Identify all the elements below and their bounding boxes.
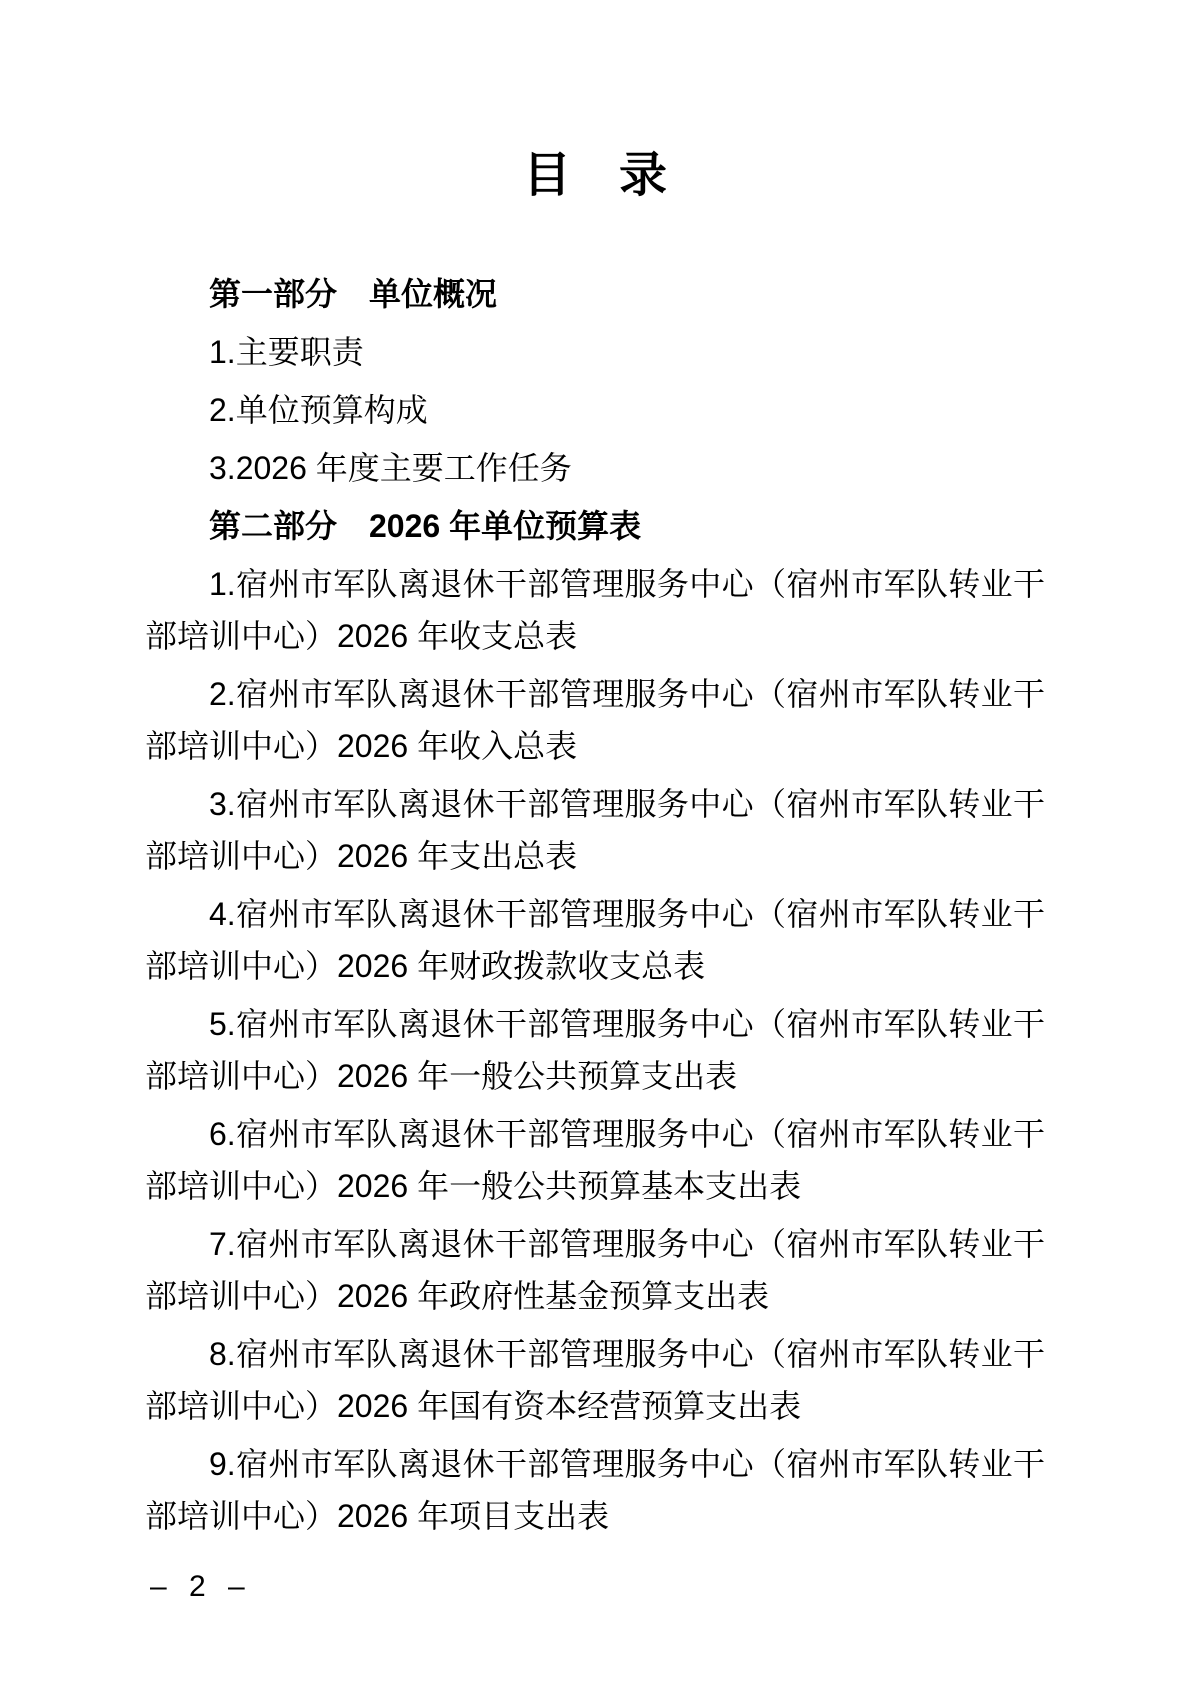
toc-content: 目 录 第一部分 单位概况 1.主要职责 2.单位预算构成 3.2026 年度主… [145,148,1045,1548]
section-part2: 第二部分 2026 年单位预算表 1.宿州市军队离退休干部管理服务中心（宿州市军… [145,500,1045,1542]
part2-heading: 第二部分 2026 年单位预算表 [145,500,1045,552]
toc-item: 8.宿州市军队离退休干部管理服务中心（宿州市军队转业干部培训中心）2026 年国… [145,1328,1045,1432]
toc-item: 9.宿州市军队离退休干部管理服务中心（宿州市军队转业干部培训中心）2026 年项… [145,1438,1045,1542]
toc-item: 2.宿州市军队离退休干部管理服务中心（宿州市军队转业干部培训中心）2026 年收… [145,668,1045,772]
toc-item: 5.宿州市军队离退休干部管理服务中心（宿州市军队转业干部培训中心）2026 年一… [145,998,1045,1102]
document-title: 目 录 [145,148,1045,204]
toc-item: 3.宿州市军队离退休干部管理服务中心（宿州市军队转业干部培训中心）2026 年支… [145,778,1045,882]
toc-item: 4.宿州市军队离退休干部管理服务中心（宿州市军队转业干部培训中心）2026 年财… [145,888,1045,992]
toc-item: 1.主要职责 [145,326,1045,378]
document-page: 目 录 第一部分 单位概况 1.主要职责 2.单位预算构成 3.2026 年度主… [0,0,1190,1683]
toc-item: 6.宿州市军队离退休干部管理服务中心（宿州市军队转业干部培训中心）2026 年一… [145,1108,1045,1212]
toc-item: 7.宿州市军队离退休干部管理服务中心（宿州市军队转业干部培训中心）2026 年政… [145,1218,1045,1322]
toc-item: 1.宿州市军队离退休干部管理服务中心（宿州市军队转业干部培训中心）2026 年收… [145,558,1045,662]
section-part1: 第一部分 单位概况 1.主要职责 2.单位预算构成 3.2026 年度主要工作任… [145,268,1045,494]
page-number: – 2 – [150,1572,245,1602]
toc-item: 2.单位预算构成 [145,384,1045,436]
toc-item: 3.2026 年度主要工作任务 [145,442,1045,494]
part1-heading: 第一部分 单位概况 [145,268,1045,320]
